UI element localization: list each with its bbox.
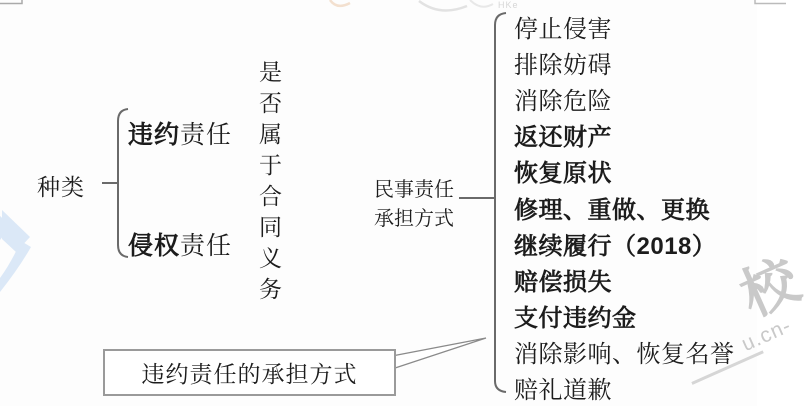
top-watermark-text: HKe bbox=[498, 0, 519, 10]
method-item: 返还财产 bbox=[514, 117, 806, 153]
slide-canvas: { "colors": { "background": "#fdfdfd", "… bbox=[0, 0, 806, 406]
top-left-cropped-rect bbox=[0, 0, 22, 4]
category-label: 种类 bbox=[37, 169, 85, 202]
left-blue-watermark bbox=[0, 210, 31, 292]
method-item: 修理、重做、更换 bbox=[514, 189, 806, 225]
method-item: 消除危险 bbox=[514, 80, 806, 116]
watermark-glyph: 校 bbox=[726, 236, 806, 332]
type-tort-liability: 侵权责任 bbox=[128, 226, 232, 262]
callout-pointer bbox=[392, 338, 486, 369]
right-brace bbox=[459, 13, 506, 392]
criterion-vertical-text: 是否属于合同义务 bbox=[252, 60, 286, 312]
type-tort-rest: 责任 bbox=[180, 232, 232, 260]
callout-box: 违约责任的承担方式 bbox=[103, 349, 396, 396]
top-watermark-arcs bbox=[330, 0, 493, 10]
method-item: 停止侵害 bbox=[514, 8, 806, 44]
type-breach-rest: 责任 bbox=[180, 121, 232, 149]
methods-title-line2: 承担方式 bbox=[374, 205, 454, 234]
type-tort-emphasis: 侵权 bbox=[128, 232, 180, 260]
type-breach-liability: 违约责任 bbox=[128, 115, 232, 151]
methods-title: 民事责任 承担方式 bbox=[374, 176, 454, 234]
methods-title-line1: 民事责任 bbox=[374, 176, 454, 205]
method-item: 排除妨碍 bbox=[514, 44, 806, 80]
method-item: 恢复原状 bbox=[514, 153, 806, 189]
left-brace bbox=[102, 109, 128, 257]
type-breach-emphasis: 违约 bbox=[128, 121, 180, 149]
watermark-stroke bbox=[691, 350, 763, 384]
